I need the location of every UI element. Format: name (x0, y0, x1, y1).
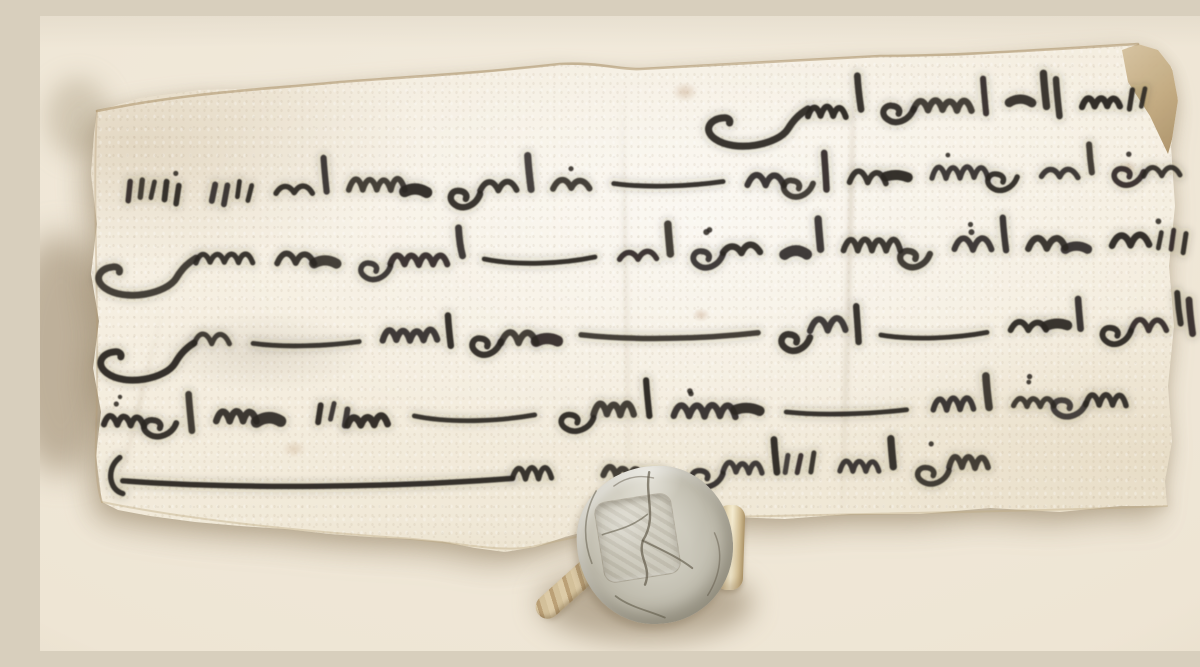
clay-seal (573, 462, 737, 628)
script-line-1 (709, 73, 1145, 146)
manuscript-photo (40, 16, 1200, 651)
script-line-4 (101, 293, 1193, 380)
script-line-5 (104, 374, 1126, 437)
seal-cracks (573, 462, 737, 628)
script-line-3 (99, 218, 1186, 296)
script-line-6 (111, 439, 988, 494)
script-line-2 (128, 144, 1180, 207)
